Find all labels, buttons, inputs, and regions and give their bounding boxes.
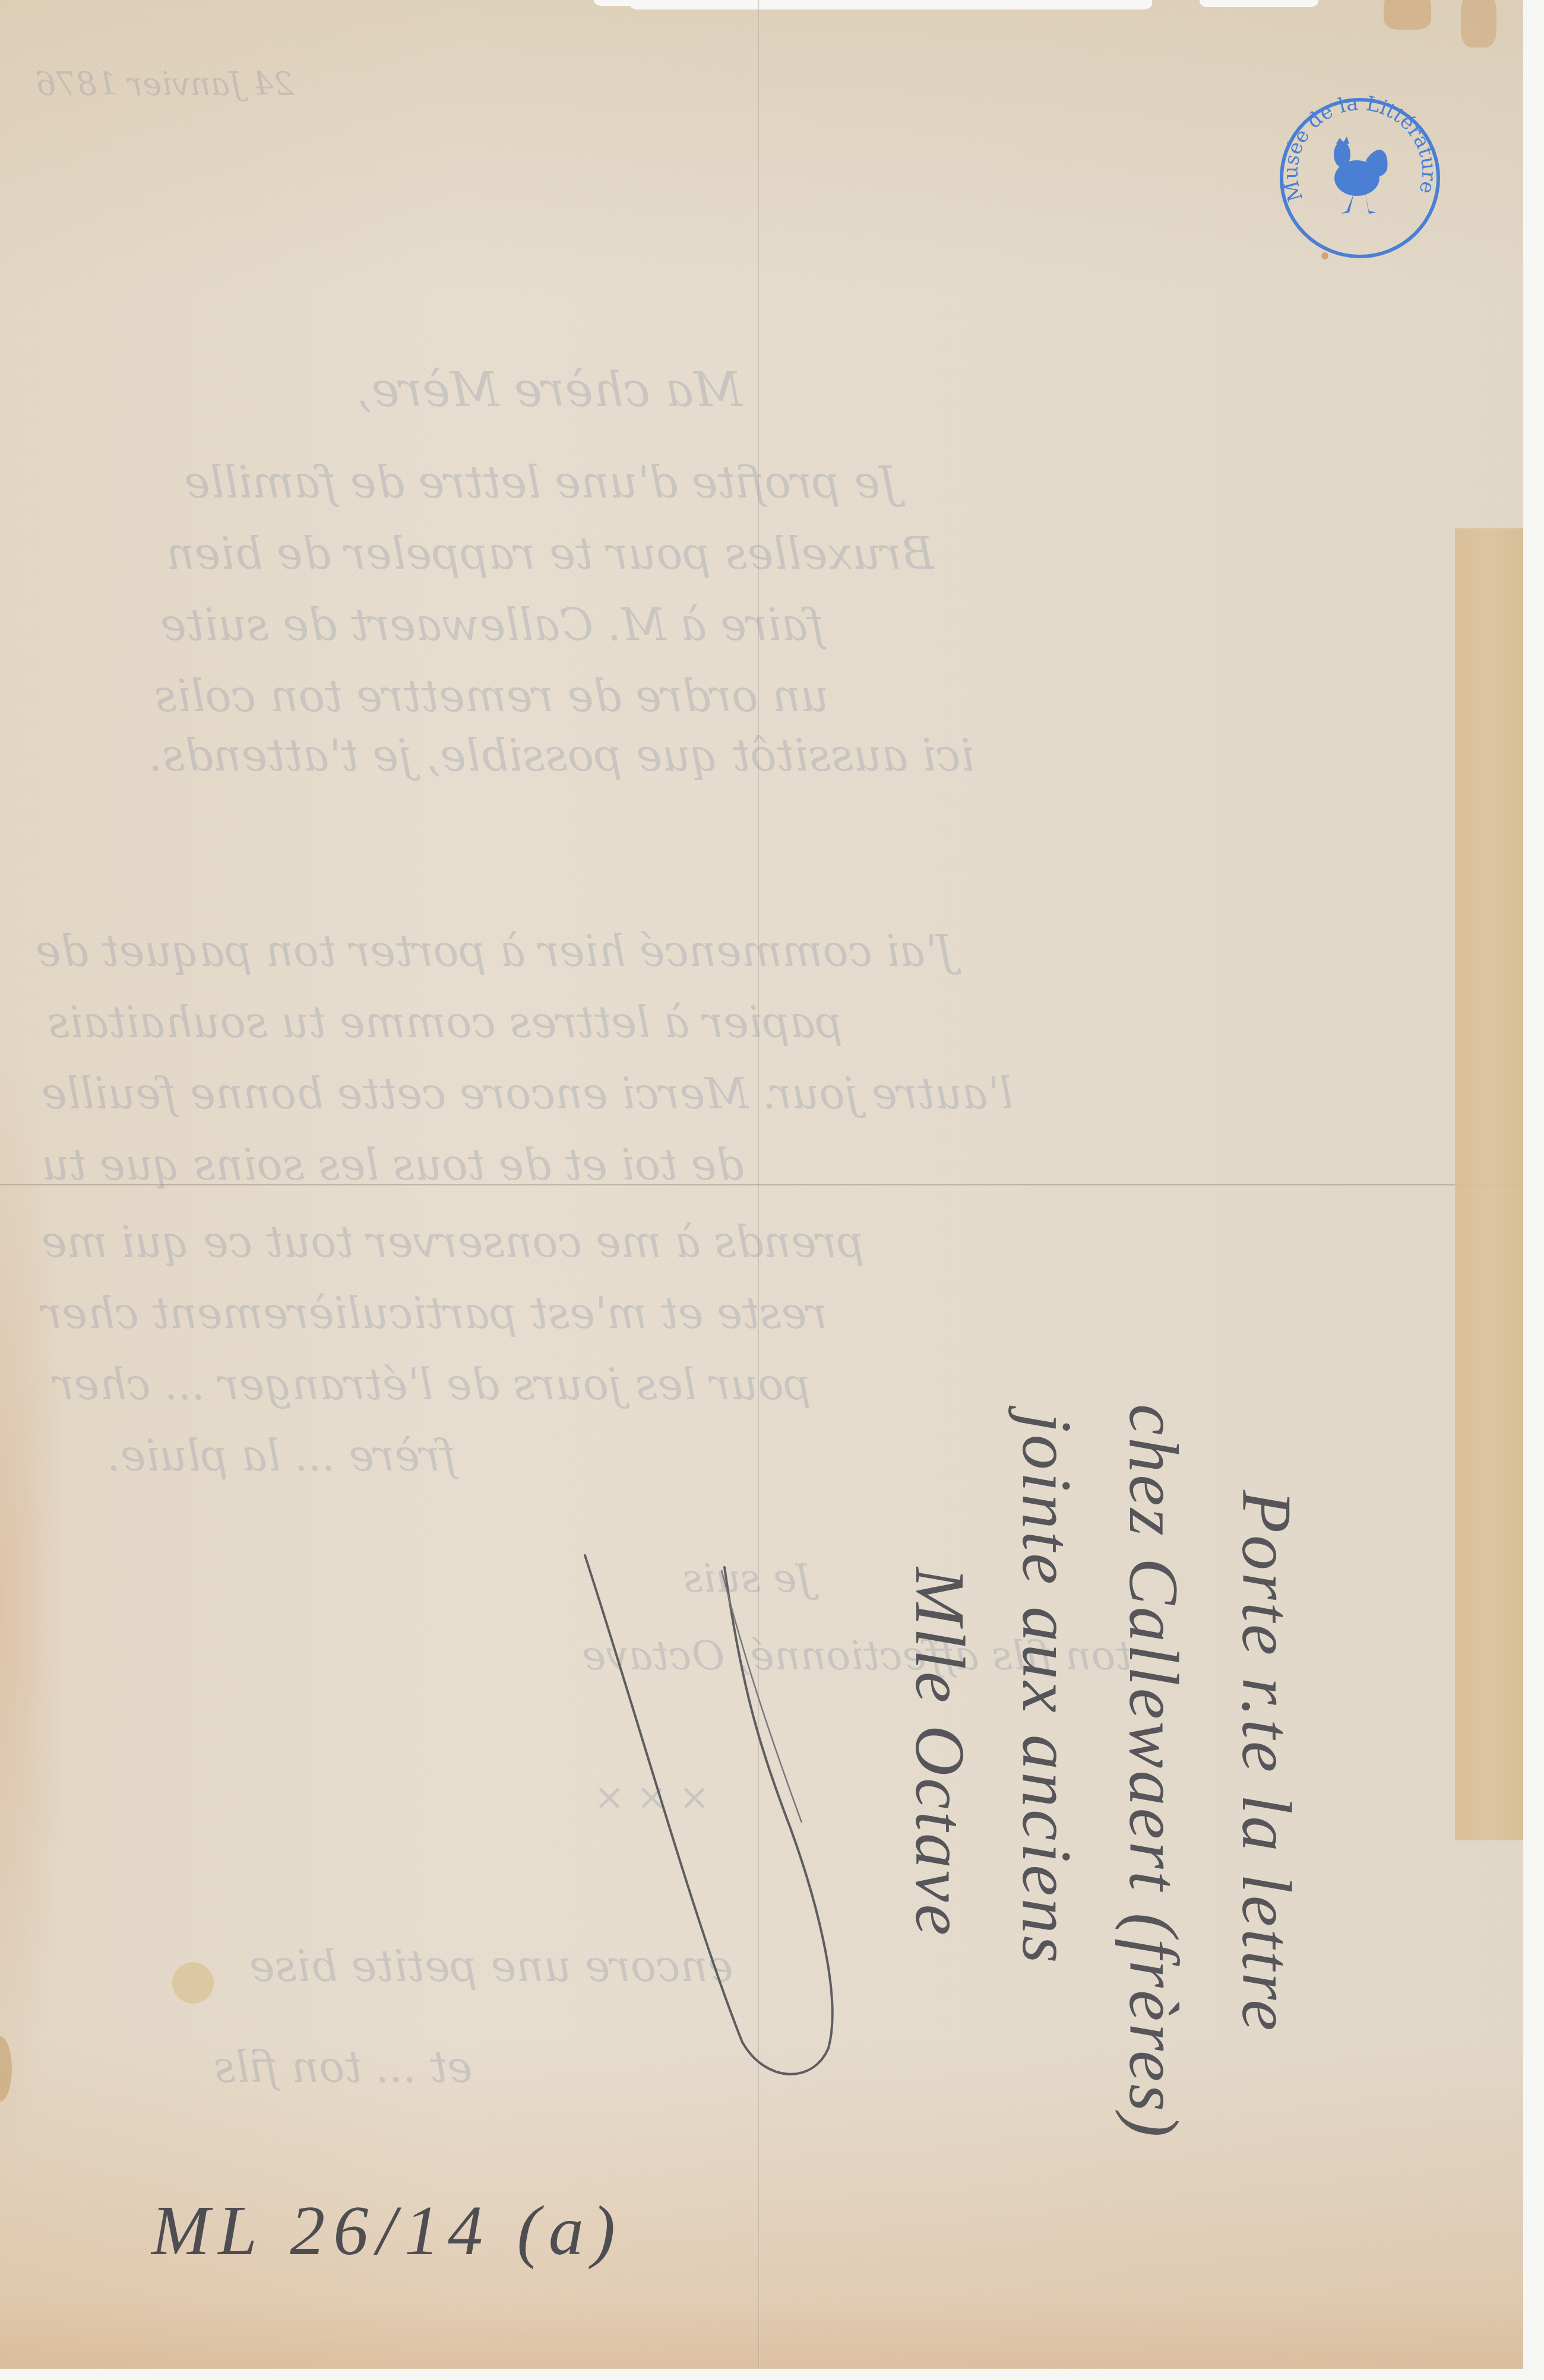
scan-border-bottom <box>0 2369 1544 2380</box>
show-through-line: un ordre de remettre ton colis <box>154 671 829 722</box>
annotation-line: Porte r.te la lettre <box>1226 1490 1306 2033</box>
show-through-line: Ma chère Mère, <box>356 362 742 417</box>
show-through-line: 24 Janvier 1876 <box>36 65 294 103</box>
show-through-line: faire à M. Callewaert de suite <box>160 600 824 651</box>
pencil-loop-mark <box>564 1544 873 2090</box>
scan-border-right <box>1523 0 1544 2380</box>
show-through-line: de toi et de tous les soins que tu <box>42 1140 744 1190</box>
show-through-line: Bruxelles pour te rappeler de bien <box>166 528 934 579</box>
rooster-icon <box>1334 137 1388 214</box>
show-through-line: ici aussitôt que possible, je t'attends. <box>148 730 975 781</box>
show-through-line: et ... ton fils <box>214 2042 473 2092</box>
annotation-line: chez Callewaert (frères) <box>1113 1404 1194 2140</box>
torn-edge <box>629 0 1152 9</box>
show-through-line: J'ai commencé hier à porter ton paquet d… <box>36 926 954 976</box>
annotation-line: Mlle Octave <box>899 1567 980 1938</box>
show-through-line: reste et m'est particulièrement cher <box>42 1288 827 1338</box>
stain <box>1384 0 1431 30</box>
show-through-line: prends à me conserver tout ce qui me <box>42 1217 864 1267</box>
torn-edge <box>1200 0 1318 7</box>
annotation-line: jointe aux anciens <box>1006 1413 1087 1966</box>
museum-stamp: Musée de la Littérature <box>1271 89 1449 267</box>
show-through-line: papier à lettres comme tu souhaitais <box>48 997 843 1047</box>
show-through-line: l'autre jour. Merci encore cette bonne f… <box>42 1069 1013 1118</box>
foxing-spot <box>172 1962 214 2004</box>
adhesive-tape-strip <box>1455 528 1525 1840</box>
show-through-line: frère ... la pluie. <box>107 1431 456 1481</box>
show-through-line: Je profite d'une lettre de famille <box>184 457 898 508</box>
catalog-number: ML 26/14 (a) <box>151 2191 624 2271</box>
show-through-line: pour les jours de l'étranger ... cher <box>53 1359 811 1409</box>
stain <box>1461 0 1496 47</box>
